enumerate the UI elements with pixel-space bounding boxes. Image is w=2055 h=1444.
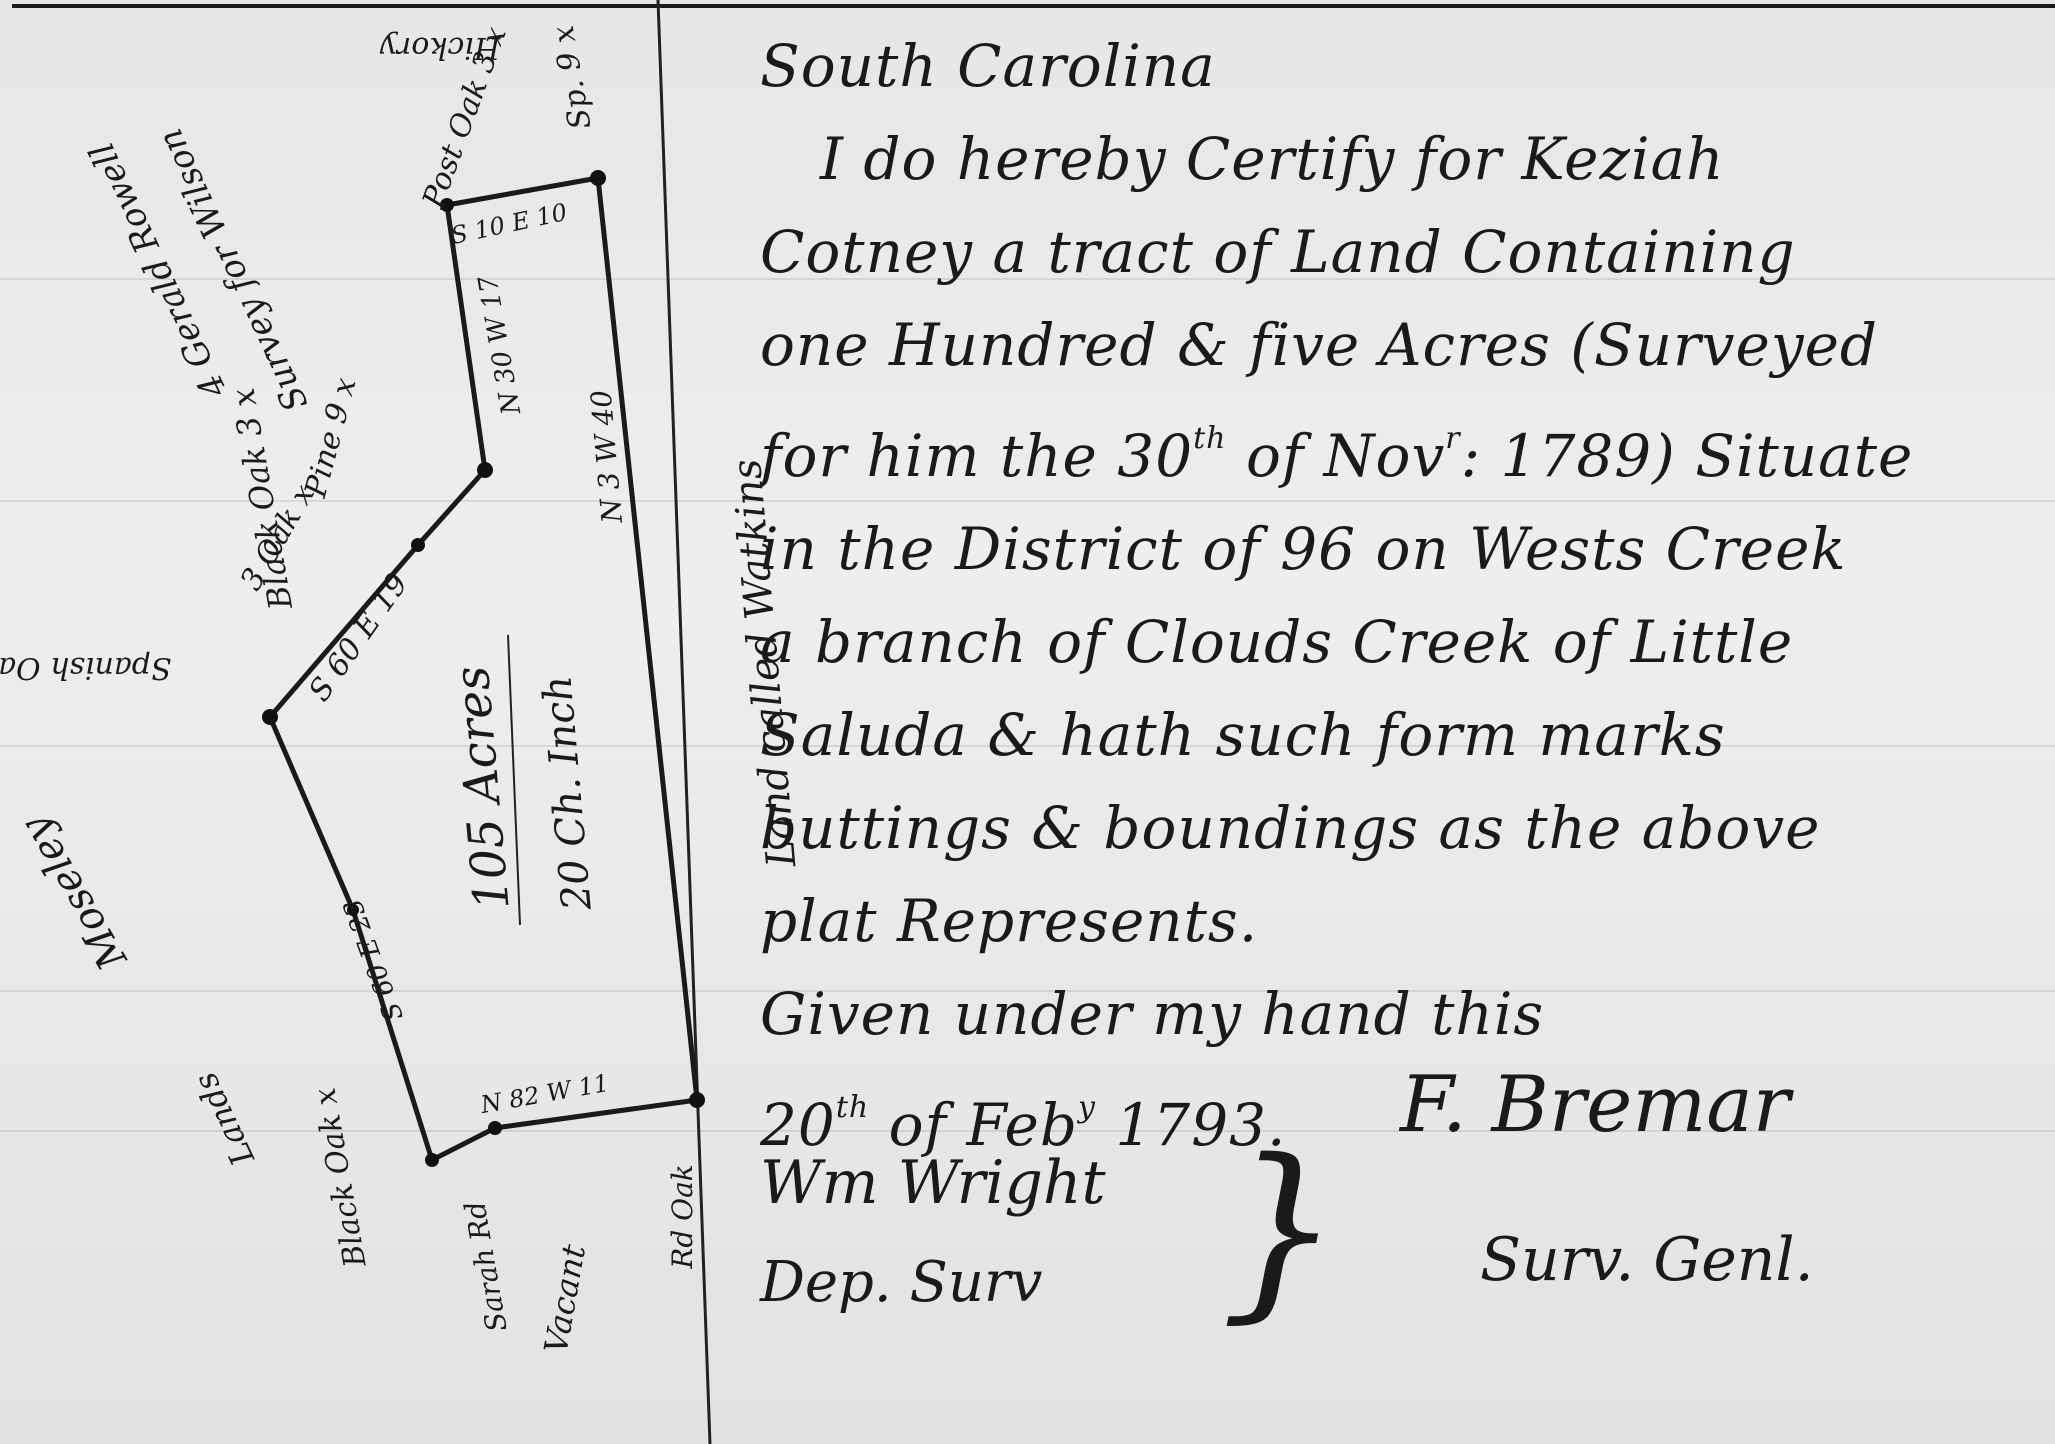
deputy-surveyor-title: Dep. Surv: [760, 1250, 1042, 1315]
surveyor-general-title: Surv. Genl.: [1480, 1225, 1814, 1295]
corner-mark: [689, 1092, 705, 1108]
adjoining-label: Rd Oak: [666, 1164, 699, 1269]
certificate-line: Cotney a tract of Land Containing: [760, 206, 2040, 299]
certificate-text: South Carolina I do hereby Certify for K…: [760, 20, 2040, 1172]
deputy-surveyor-name: Wm Wright: [760, 1148, 1106, 1218]
certificate-line: I do hereby Certify for Keziah: [760, 113, 2040, 206]
corner-mark: [477, 462, 493, 478]
certificate-line: one Hundred & five Acres (Surveyed: [760, 299, 2040, 392]
certificate-line: plat Represents.: [760, 875, 2040, 968]
certificate-line: buttings & boundings as the above: [760, 782, 2040, 875]
certificate-line-survey-date: for him the 30th of Novr: 1789) Situate: [760, 392, 2040, 503]
surveyor-general-name: F. Bremar: [1400, 1060, 1790, 1150]
signature-brace: }: [1220, 1135, 1341, 1325]
given-line: Given under my hand this: [760, 968, 2040, 1061]
document-scan: 105 Acres 20 Ch. Inch S 10 E 10 N 30 W 1…: [0, 0, 2055, 1444]
certificate-line: in the District of 96 on Wests Creek: [760, 503, 2040, 596]
corner-mark: [411, 538, 425, 552]
corner-mark: [488, 1121, 502, 1135]
certificate-line: Saluda & hath such form marks: [760, 689, 2040, 782]
certificate-heading: South Carolina: [760, 20, 2040, 113]
corner-mark: [425, 1153, 439, 1167]
adjoining-label: Spanish Oak: [0, 650, 171, 685]
corner-mark: [590, 170, 606, 186]
corner-mark: [262, 709, 278, 725]
certificate-line: a branch of Clouds Creek of Little: [760, 596, 2040, 689]
